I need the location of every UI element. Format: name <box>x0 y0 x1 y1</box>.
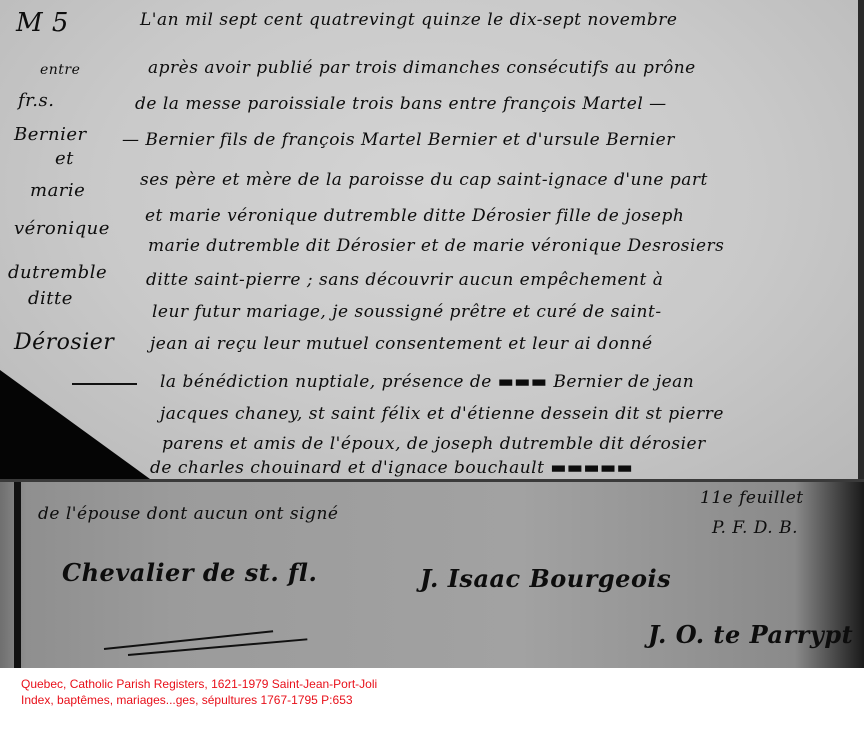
lower-page: de l'épouse dont aucun ont signé 11e feu… <box>0 482 864 668</box>
signature: J. O. te Parrypt <box>648 620 853 649</box>
body-line: marie dutremble dit Dérosier et de marie… <box>148 236 724 256</box>
body-line: — Bernier fils de françois Martel Bernie… <box>122 130 675 150</box>
page-edge <box>858 0 864 479</box>
margin-note: dutremble <box>8 262 107 283</box>
margin-note: et <box>55 148 74 169</box>
binding-edge <box>14 482 21 668</box>
body-line: de la messe paroissiale trois bans entre… <box>135 94 667 114</box>
body-line: de charles chouinard et d'ignace bouchau… <box>150 458 633 478</box>
margin-note: véronique <box>14 218 110 239</box>
lower-line: de l'épouse dont aucun ont signé <box>38 504 338 524</box>
signature: Chevalier de st. fl. <box>62 558 317 587</box>
body-line: la bénédiction nuptiale, présence de ▬▬▬… <box>160 372 694 392</box>
body-line: ses père et mère de la paroisse du cap s… <box>140 170 708 190</box>
folio-note: P. F. D. B. <box>712 518 798 538</box>
body-line: L'an mil sept cent quatrevingt quinze le… <box>140 10 677 30</box>
signature: J. Isaac Bourgeois <box>420 564 671 593</box>
margin-note: entre <box>40 62 80 78</box>
margin-note: marie <box>30 180 85 201</box>
body-line: parens et amis de l'époux, de joseph dut… <box>162 434 706 454</box>
caption-line-2: Index, baptêmes, mariages...ges, sépultu… <box>21 693 353 707</box>
caption-line-1: Quebec, Catholic Parish Registers, 1621-… <box>21 677 377 691</box>
torn-page-corner <box>0 370 150 479</box>
body-line: après avoir publié par trois dimanches c… <box>148 58 696 78</box>
margin-note: Bernier <box>14 124 87 145</box>
register-scan-image: M 5 entre fr.s. Bernier et marie véroniq… <box>0 0 864 668</box>
signature-underline <box>104 630 273 650</box>
margin-note: fr.s. <box>18 90 54 111</box>
body-line: et marie véronique dutremble ditte Déros… <box>145 206 684 226</box>
body-line: jacques chaney, st saint félix et d'étie… <box>160 404 724 424</box>
margin-note: Dérosier <box>14 330 114 355</box>
body-line: jean ai reçu leur mutuel consentement et… <box>150 334 653 354</box>
signature-underline <box>128 638 307 656</box>
body-line: leur futur mariage, je soussigné prêtre … <box>152 302 662 322</box>
body-line: ditte saint-pierre ; sans découvrir aucu… <box>146 270 663 290</box>
margin-note: ditte <box>28 288 73 309</box>
entry-number: M 5 <box>16 8 69 38</box>
folio-note: 11e feuillet <box>700 488 804 508</box>
